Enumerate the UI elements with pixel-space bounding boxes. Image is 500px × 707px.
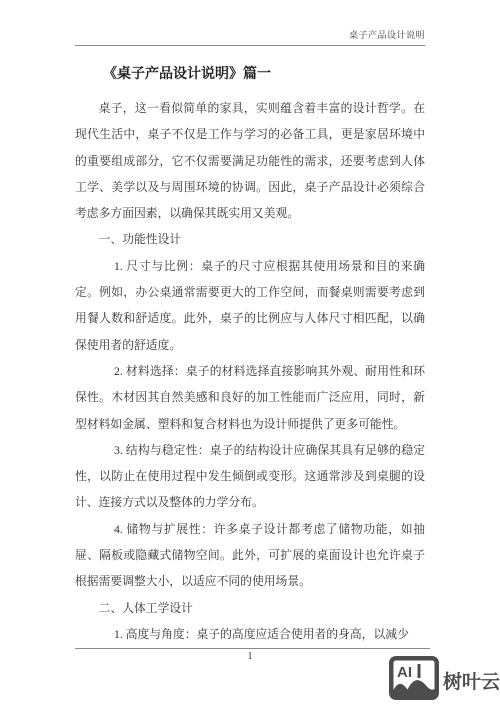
paragraph-item-2-1: 1. 高度与角度：桌子的高度应适合使用者的身高，以减少 [75, 621, 425, 647]
footer-rule [75, 648, 430, 649]
paragraph-item-1-3: 3. 结构与稳定性：桌子的结构设计应确保其具有足够的稳定性，以防止在使用过程中发… [75, 437, 425, 516]
watermark-brand-text: 树叶云 [443, 667, 500, 694]
header-rule [75, 45, 425, 46]
svg-text:AI: AI [397, 664, 412, 681]
section-heading-2: 二、人体工学设计 [75, 595, 425, 621]
ai-image-icon: AI [389, 656, 439, 705]
paragraph-item-1-2: 2. 材料选择：桌子的材料选择直接影响其外观、耐用性和环保性。木材因其自然美感和… [75, 358, 425, 437]
paragraph-item-1-1: 1. 尺寸与比例：桌子的尺寸应根据其使用场景和目的来确定。例如，办公桌通常需要更… [75, 253, 425, 358]
section-heading-1: 一、功能性设计 [75, 226, 425, 252]
document-body: 桌子，这一看似简单的家具，实则蕴含着丰富的设计哲学。在现代生活中，桌子不仅是工作… [75, 95, 425, 647]
document-title: 《桌子产品设计说明》篇一 [75, 64, 425, 85]
paragraph-intro: 桌子，这一看似简单的家具，实则蕴含着丰富的设计哲学。在现代生活中，桌子不仅是工作… [75, 95, 425, 226]
document-page: 桌子产品设计说明 《桌子产品设计说明》篇一 桌子，这一看似简单的家具，实则蕴含着… [0, 0, 500, 707]
page-header-text: 桌子产品设计说明 [75, 0, 425, 42]
paragraph-item-1-4: 4. 储物与扩展性：许多桌子设计都考虑了储物功能，如抽屉、隔板或隐藏式储物空间。… [75, 516, 425, 595]
page-number: 1 [75, 651, 425, 662]
watermark: AI 树叶云 [389, 656, 500, 705]
